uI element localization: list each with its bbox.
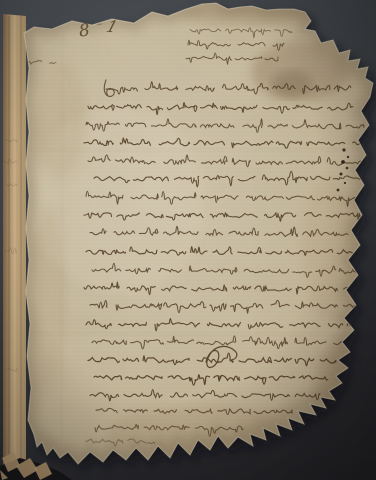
manuscript-page-render xyxy=(0,0,376,480)
folio-mark: 8 xyxy=(78,20,91,41)
manuscript-scan-photo: 8 ~ 1 xyxy=(0,0,376,480)
